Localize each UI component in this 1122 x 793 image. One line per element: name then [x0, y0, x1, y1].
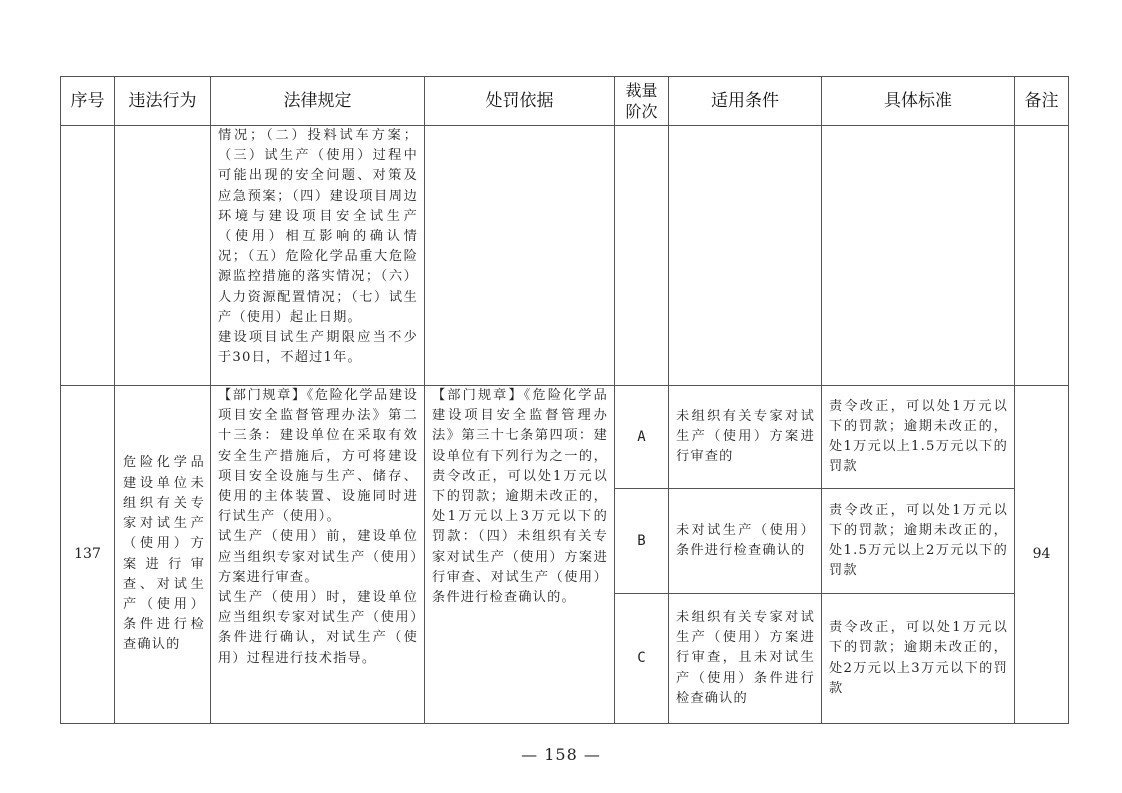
violation-text: 危险化学品建设单位未组织有关专家对试生产（使用）方案进行审查、对试生产（使用）条…: [115, 453, 210, 655]
cell-remarks-empty: [1015, 126, 1069, 386]
condition-b-text: 未对试生产（使用）条件进行检查确认的: [669, 521, 821, 561]
header-discretion-level-text: 裁量阶次: [624, 80, 660, 122]
legal-provision-p3: 试生产（使用）时，建设单位应当组织专家对试生产（使用）条件进行确认，对试生产（使…: [211, 588, 424, 669]
table-row-continuation: 情况；（二）投料试车方案；（三）试生产（使用）过程中可能出现的安全问题、对策及应…: [61, 126, 1069, 386]
cell-condition-a: 未组织有关专家对试生产（使用）方案进行审查的: [669, 386, 822, 489]
legal-provision-p2: 试生产（使用）前，建设单位应当组织专家对试生产（使用）方案进行审查。: [211, 527, 424, 588]
header-specific-standard: 具体标准: [822, 77, 1015, 126]
cell-penalty-basis-137: 【部门规章】《危险化学品建设项目安全监督管理办法》第三十七条第四项：建设单位有下…: [425, 386, 615, 724]
penalty-discretion-table: 序号 违法行为 法律规定 处罚依据 裁量阶次 适用条件 具体标准 备注 情况；（…: [60, 76, 1069, 724]
condition-a-text: 未组织有关专家对试生产（使用）方案进行审查的: [669, 407, 821, 468]
cell-level-a: A: [615, 386, 669, 489]
cell-legal-provision-continued: 情况；（二）投料试车方案；（三）试生产（使用）过程中可能出现的安全问题、对策及应…: [211, 126, 425, 386]
standard-a-text: 责令改正，可以处1万元以下的罚款；逾期未改正的，处1万元以上1.5万元以下的罚款: [822, 397, 1014, 478]
cell-violation-empty: [115, 126, 211, 386]
cell-standard-empty: [822, 126, 1015, 386]
table-row-137-level-a: 137 危险化学品建设单位未组织有关专家对试生产（使用）方案进行审查、对试生产（…: [61, 386, 1069, 489]
cell-condition-empty: [669, 126, 822, 386]
header-discretion-level: 裁量阶次: [615, 77, 669, 126]
header-penalty-basis: 处罚依据: [425, 77, 615, 126]
header-seq: 序号: [61, 77, 115, 126]
cell-condition-b: 未对试生产（使用）条件进行检查确认的: [669, 489, 822, 594]
header-remarks: 备注: [1015, 77, 1069, 126]
cell-penalty-basis-empty: [425, 126, 615, 386]
cell-seq-empty: [61, 126, 115, 386]
cell-level-b: B: [615, 489, 669, 594]
header-applicable-conditions: 适用条件: [669, 77, 822, 126]
legal-provision-p1: 【部门规章】《危险化学品建设项目安全监督管理办法》第二十三条：建设单位在采取有效…: [211, 386, 424, 527]
table-header-row: 序号 违法行为 法律规定 处罚依据 裁量阶次 适用条件 具体标准 备注: [61, 77, 1069, 126]
standard-b-text: 责令改正，可以处1万元以下的罚款；逾期未改正的，处1.5万元以上2万元以下的罚款: [822, 501, 1014, 582]
cell-seq-137: 137: [61, 386, 115, 724]
document-page: 序号 违法行为 法律规定 处罚依据 裁量阶次 适用条件 具体标准 备注 情况；（…: [0, 0, 1122, 793]
standard-c-text: 责令改正，可以处1万元以下的罚款；逾期未改正的，处2万元以上3万元以下的罚款: [822, 618, 1014, 699]
page-number: — 158 —: [0, 745, 1122, 764]
legal-provision-continued-text: 情况；（二）投料试车方案；（三）试生产（使用）过程中可能出现的安全问题、对策及应…: [211, 126, 424, 328]
legal-provision-trial-period-text: 建设项目试生产期限应当不少于30日，不超过1年。: [211, 328, 424, 368]
condition-c-text: 未组织有关专家对试生产（使用）方案进行审查，且未对试生产（使用）条件进行检查确认…: [669, 608, 821, 709]
header-violation: 违法行为: [115, 77, 211, 126]
cell-level-c: C: [615, 594, 669, 724]
cell-standard-a: 责令改正，可以处1万元以下的罚款；逾期未改正的，处1万元以上1.5万元以下的罚款: [822, 386, 1015, 489]
header-legal-provision: 法律规定: [211, 77, 425, 126]
cell-remarks-137: 94: [1015, 386, 1069, 724]
cell-standard-b: 责令改正，可以处1万元以下的罚款；逾期未改正的，处1.5万元以上2万元以下的罚款: [822, 489, 1015, 594]
cell-condition-c: 未组织有关专家对试生产（使用）方案进行审查，且未对试生产（使用）条件进行检查确认…: [669, 594, 822, 724]
cell-legal-provision-137: 【部门规章】《危险化学品建设项目安全监督管理办法》第二十三条：建设单位在采取有效…: [211, 386, 425, 724]
penalty-basis-text: 【部门规章】《危险化学品建设项目安全监督管理办法》第三十七条第四项：建设单位有下…: [425, 386, 614, 608]
cell-level-empty: [615, 126, 669, 386]
cell-violation-137: 危险化学品建设单位未组织有关专家对试生产（使用）方案进行审查、对试生产（使用）条…: [115, 386, 211, 724]
cell-standard-c: 责令改正，可以处1万元以下的罚款；逾期未改正的，处2万元以上3万元以下的罚款: [822, 594, 1015, 724]
